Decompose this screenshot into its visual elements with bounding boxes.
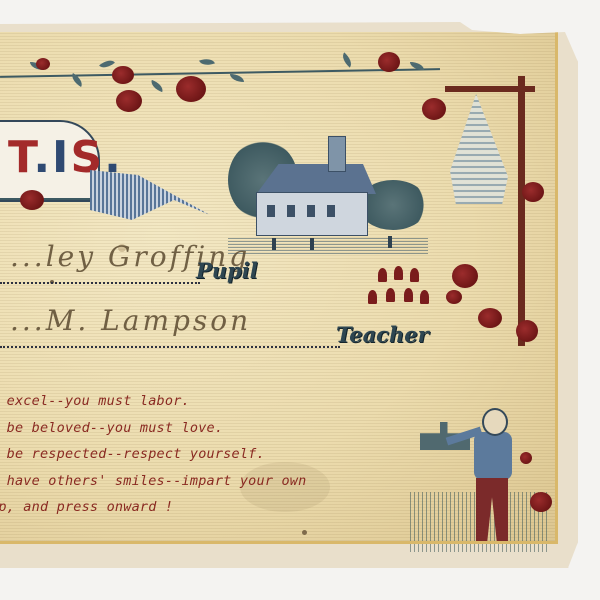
bellflower bbox=[394, 266, 403, 280]
child-figure bbox=[388, 236, 392, 248]
foxing-stain bbox=[118, 244, 126, 252]
certificate-paper: T.IS. bbox=[0, 32, 558, 544]
leaf bbox=[69, 73, 85, 87]
rose bbox=[116, 90, 142, 112]
pupil-name-handwriting: ...ley Groffing bbox=[10, 240, 250, 273]
distant-church bbox=[420, 422, 470, 450]
schoolhouse-vignette bbox=[228, 120, 428, 260]
schoolhouse-wall bbox=[256, 192, 368, 236]
child-figure bbox=[272, 238, 276, 250]
schoolhouse-belfry bbox=[328, 136, 346, 172]
rose bbox=[522, 182, 544, 202]
bellflower bbox=[404, 288, 413, 302]
leaf bbox=[339, 52, 355, 67]
boy-head bbox=[482, 408, 508, 436]
child-figure bbox=[310, 238, 314, 250]
rose bbox=[452, 264, 478, 288]
boy-arm bbox=[446, 427, 483, 446]
bellflower bbox=[378, 268, 387, 282]
leaf bbox=[199, 56, 215, 68]
pupil-label: Pupil bbox=[196, 258, 258, 283]
teacher-label: Teacher bbox=[336, 322, 429, 347]
bellflower bbox=[386, 288, 395, 302]
schoolhouse-roof bbox=[246, 164, 376, 194]
boy-legs bbox=[476, 478, 508, 542]
tree bbox=[228, 140, 298, 220]
bellflower bbox=[368, 290, 377, 304]
verse-line: u be respected--respect yourself. bbox=[0, 441, 306, 468]
top-vine bbox=[0, 68, 440, 78]
leaf bbox=[410, 62, 424, 70]
window bbox=[307, 205, 315, 217]
window bbox=[267, 205, 275, 217]
banner-ribbon-tails bbox=[90, 170, 210, 220]
rose-trellis-post bbox=[518, 76, 525, 346]
verse-line: u have others' smiles--impart your own bbox=[0, 468, 306, 495]
leaf bbox=[30, 62, 44, 70]
window bbox=[327, 205, 335, 217]
rose bbox=[176, 76, 206, 102]
rose bbox=[478, 308, 502, 328]
grass bbox=[410, 492, 550, 552]
leaf bbox=[99, 56, 115, 71]
window bbox=[287, 205, 295, 217]
rose bbox=[378, 52, 400, 72]
rose bbox=[446, 290, 462, 304]
rose bbox=[520, 452, 532, 464]
teacher-signature-line bbox=[0, 346, 340, 348]
rose-trellis-bar bbox=[445, 86, 535, 92]
boy-vignette bbox=[410, 372, 550, 562]
hanging-papers bbox=[450, 94, 508, 204]
foxing-stain bbox=[240, 462, 330, 512]
leaf bbox=[149, 80, 165, 92]
verse-line: u excel--you must labor. bbox=[0, 388, 306, 415]
tree bbox=[358, 180, 428, 230]
rose bbox=[20, 190, 44, 210]
foxing-stain bbox=[302, 530, 307, 535]
motto-verse: u excel--you must labor. u be beloved--y… bbox=[0, 388, 306, 521]
foxing-stain bbox=[50, 280, 54, 284]
title-banner bbox=[0, 120, 100, 202]
rose bbox=[112, 66, 134, 84]
verse-line: u be beloved--you must love. bbox=[0, 415, 306, 442]
bellflower bbox=[410, 268, 419, 282]
rose bbox=[530, 492, 552, 512]
teacher-name-handwriting: ...M. Lampson bbox=[10, 304, 251, 337]
bellflower bbox=[420, 290, 429, 304]
leaf bbox=[230, 74, 244, 82]
pupil-signature-line bbox=[0, 282, 200, 284]
rose bbox=[36, 58, 50, 70]
verse-line: up, and press onward ! bbox=[0, 494, 306, 521]
boy-shirt bbox=[474, 432, 512, 480]
title-banner-text: T.IS. bbox=[8, 132, 123, 183]
certificate-card: T.IS. bbox=[0, 22, 578, 568]
rose bbox=[422, 98, 446, 120]
banner-garland bbox=[0, 198, 90, 200]
schoolyard bbox=[228, 238, 428, 254]
rose bbox=[516, 320, 538, 342]
